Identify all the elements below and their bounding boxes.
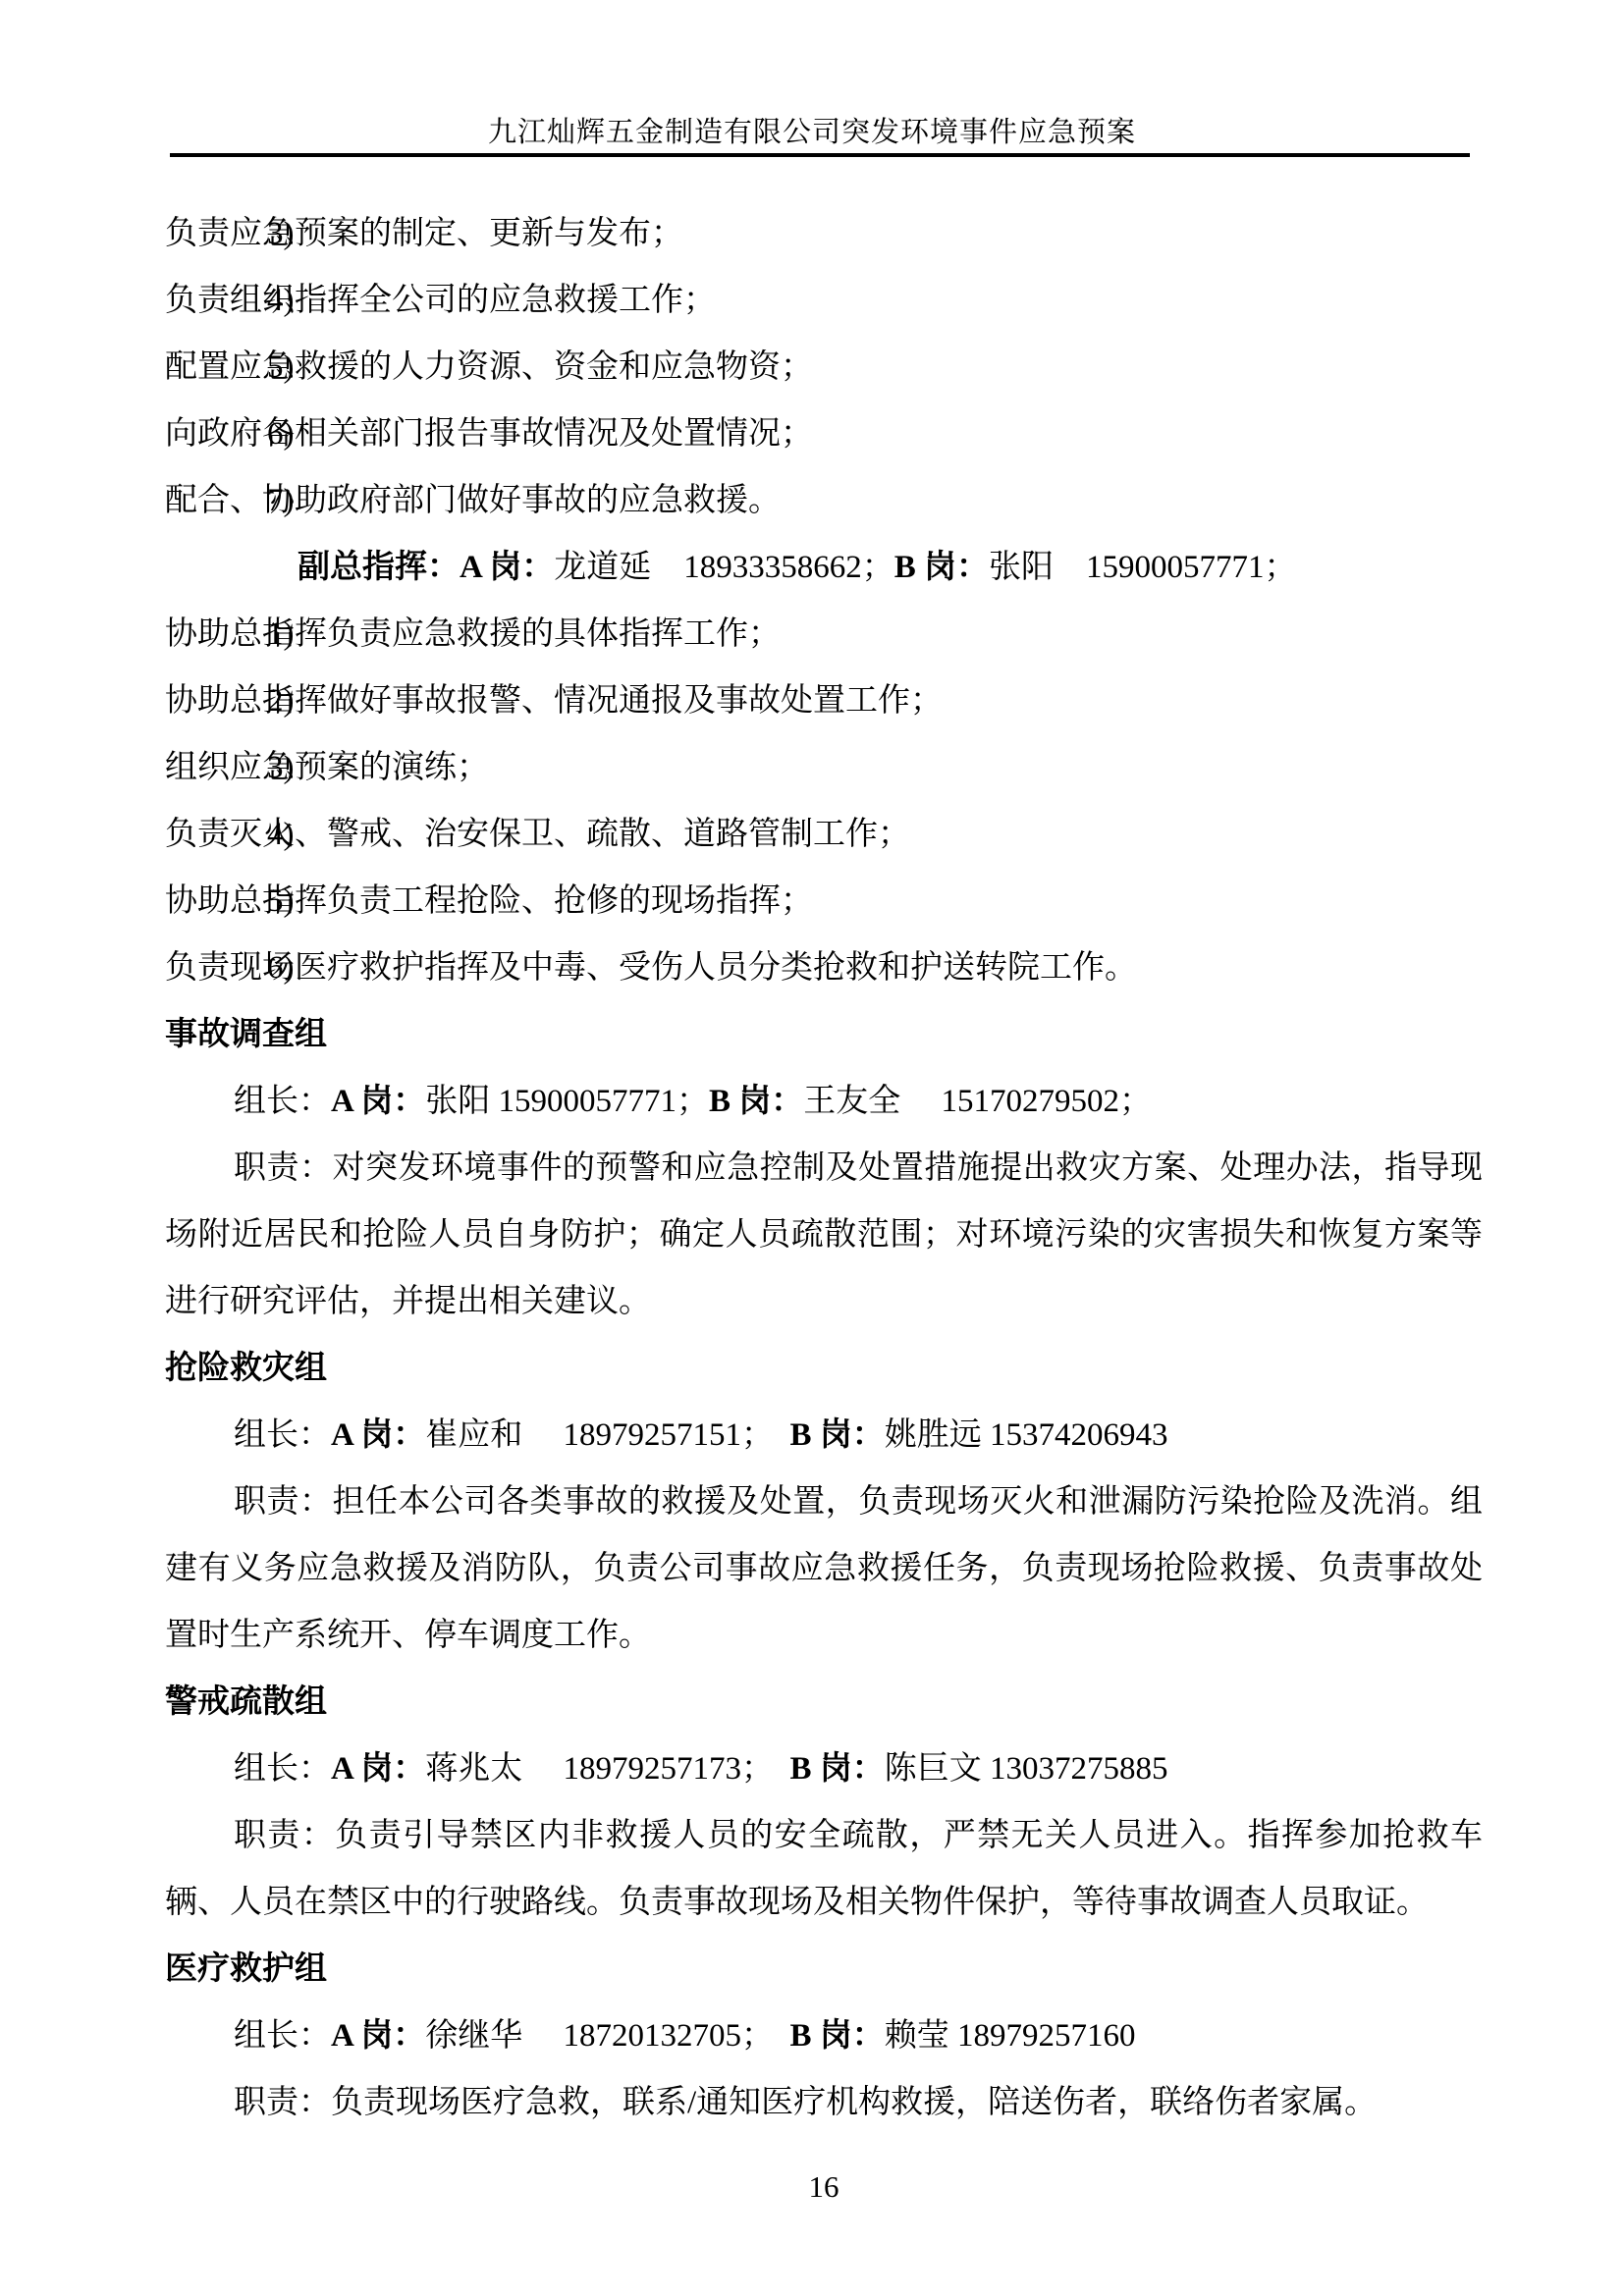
list-item-number: 3) (267, 734, 295, 801)
post-a-value: 崔应和 18979257151； (425, 1417, 789, 1453)
post-a-value: 蒋兆太 18979257173； (425, 1751, 789, 1787)
list-item-number: 2) (267, 667, 295, 734)
post-a-value: 徐继华 18720132705； (425, 2018, 789, 2054)
list-item-number: 1) (267, 601, 295, 667)
list-item-number: 7) (267, 467, 295, 534)
list-item-text: 配置应急救援的人力资源、资金和应急物资； (165, 349, 813, 385)
section-heading-accident-investigation: 事故调查组 (165, 1001, 1483, 1068)
list-item-text: 组织应急预案的演练； (165, 750, 489, 785)
list-item-text: 负责应急预案的制定、更新与发布； (165, 216, 683, 251)
post-a-value: 张阳 15900057771； (425, 1084, 709, 1119)
leader-line: 组长：A 岗：徐继华 18720132705； B 岗：赖莹 189792571… (165, 2002, 1483, 2069)
list-item: 7)配合、协助政府部门做好事故的应急救援。 (165, 467, 1483, 534)
section-heading-cordon-evacuation: 警戒疏散组 (165, 1669, 1483, 1735)
post-a-label: A 岗： (331, 1751, 425, 1787)
header-rule (170, 153, 1470, 157)
duty-paragraph: 职责：对突发环境事件的预警和应急控制及处置措施提出救灾方案、处理办法，指导现场附… (165, 1135, 1483, 1335)
post-a-label: A 岗： (331, 1084, 425, 1119)
header-title: 九江灿辉五金制造有限公司突发环境事件应急预案 (0, 116, 1624, 149)
duty-paragraph: 职责：担任本公司各类事故的救援及处置，负责现场灭火和泄漏防污染抢险及洗消。组建有… (165, 1468, 1483, 1669)
list-item-number: 4) (267, 267, 295, 334)
leader-line: 组长：A 岗：崔应和 18979257151； B 岗：姚胜远 15374206… (165, 1402, 1483, 1468)
post-a-label: A 岗： (460, 550, 554, 585)
document-body: 3)负责应急预案的制定、更新与发布； 4)负责组织指挥全公司的应急救援工作； 5… (165, 200, 1483, 2136)
list-item-text: 协助总指挥负责应急救援的具体指挥工作； (165, 616, 781, 652)
list-item-text: 负责组织指挥全公司的应急救援工作； (165, 283, 716, 318)
list-item-number: 3) (267, 200, 295, 267)
list-item-text: 向政府各相关部门报告事故情况及处置情况； (165, 416, 813, 452)
post-a-label: A 岗： (331, 2018, 425, 2054)
post-b-value: 陈巨文 13037275885 (885, 1751, 1168, 1787)
post-b-label: B 岗： (894, 550, 989, 585)
list-item: 6)向政府各相关部门报告事故情况及处置情况； (165, 400, 1483, 467)
list-item-number: 4) (267, 801, 295, 868)
post-b-label: B 岗： (709, 1084, 803, 1119)
page-number: 16 (165, 2169, 1483, 2205)
leader-label: 组长： (234, 1751, 331, 1787)
leader-label: 组长： (234, 2018, 331, 2054)
post-b-label: B 岗： (790, 1417, 885, 1453)
list-item: 2)协助总指挥做好事故报警、情况通报及事故处置工作； (165, 667, 1483, 734)
post-b-value: 张阳 15900057771； (989, 550, 1297, 585)
post-b-value: 姚胜远 15374206943 (885, 1417, 1168, 1453)
list-item: 4)负责灭火、警戒、治安保卫、疏散、道路管制工作； (165, 801, 1483, 868)
section-heading-rescue-disaster-relief: 抢险救灾组 (165, 1335, 1483, 1402)
leader-line: 组长：A 岗：蒋兆太 18979257173； B 岗：陈巨文 13037275… (165, 1735, 1483, 1802)
post-b-value: 王友全 15170279502； (803, 1084, 1152, 1119)
deputy-label: 副总指挥： (298, 550, 460, 585)
section-heading-medical-rescue: 医疗救护组 (165, 1936, 1483, 2002)
leader-label: 组长： (234, 1084, 331, 1119)
list-item: 6)负责现场医疗救护指挥及中毒、受伤人员分类抢救和护送转院工作。 (165, 934, 1483, 1001)
list-item-number: 5) (267, 334, 295, 400)
leader-label: 组长： (234, 1417, 331, 1453)
list-item-number: 5) (267, 868, 295, 934)
leader-line: 组长：A 岗：张阳 15900057771；B 岗：王友全 1517027950… (165, 1068, 1483, 1135)
list-item: 5)协助总指挥负责工程抢险、抢修的现场指挥； (165, 868, 1483, 934)
post-a-label: A 岗： (331, 1417, 425, 1453)
duty-paragraph: 职责：负责引导禁区内非救援人员的安全疏散，严禁无关人员进入。指挥参加抢救车辆、人… (165, 1802, 1483, 1936)
list-item: 1)协助总指挥负责应急救援的具体指挥工作； (165, 601, 1483, 667)
list-item: 3)负责应急预案的制定、更新与发布； (165, 200, 1483, 267)
list-item-text: 负责现场医疗救护指挥及中毒、受伤人员分类抢救和护送转院工作。 (165, 950, 1137, 986)
list-item-text: 配合、协助政府部门做好事故的应急救援。 (165, 483, 781, 518)
document-page: 九江灿辉五金制造有限公司突发环境事件应急预案 3)负责应急预案的制定、更新与发布… (0, 0, 1624, 2296)
post-b-label: B 岗： (790, 1751, 885, 1787)
list-item-number: 6) (267, 934, 295, 1001)
post-b-value: 赖莹 18979257160 (885, 2018, 1136, 2054)
list-item: 5)配置应急救援的人力资源、资金和应急物资； (165, 334, 1483, 400)
list-item: 3)组织应急预案的演练； (165, 734, 1483, 801)
post-b-label: B 岗： (790, 2018, 885, 2054)
list-item: 4)负责组织指挥全公司的应急救援工作； (165, 267, 1483, 334)
list-item-number: 6) (267, 400, 295, 467)
duty-paragraph: 职责：负责现场医疗急救，联系/通知医疗机构救援，陪送伤者，联络伤者家属。 (165, 2069, 1483, 2136)
post-a-value: 龙道延 18933358662； (554, 550, 894, 585)
deputy-commander-line: 副总指挥：A 岗：龙道延 18933358662；B 岗：张阳 15900057… (165, 534, 1483, 601)
list-item-text: 协助总指挥负责工程抢险、抢修的现场指挥； (165, 883, 813, 919)
